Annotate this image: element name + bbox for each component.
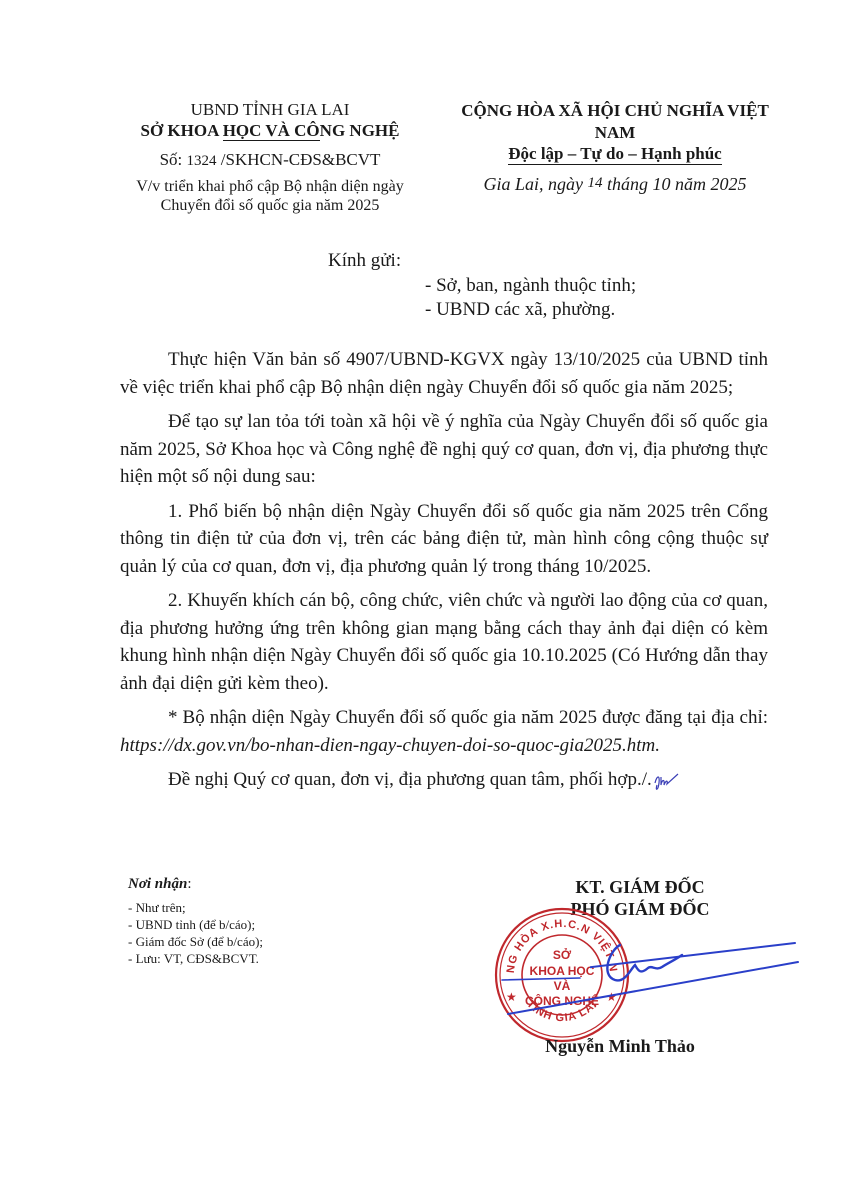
recipient-item: - Sở, ban, ngành thuộc tỉnh; bbox=[425, 274, 636, 298]
closing-paragraph: Đề nghị Quý cơ quan, đơn vị, địa phương … bbox=[120, 766, 768, 794]
identity-kit-link[interactable]: https://dx.gov.vn/bo-nhan-dien-ngay-chuy… bbox=[120, 735, 655, 756]
note-paragraph: * Bộ nhận diện Ngày Chuyển đổi số quốc g… bbox=[120, 704, 768, 759]
body-paragraph: 1. Phổ biến bộ nhận diện Ngày Chuyển đổi… bbox=[120, 498, 768, 581]
place-date: Gia Lai, ngày 14 tháng 10 năm 2025 bbox=[440, 172, 790, 195]
distribution-item: - Lưu: VT, CĐS&BCVT. bbox=[128, 950, 388, 967]
document-number: Số: 1324 /SKHCN-CĐS&BCVT bbox=[100, 150, 440, 171]
distribution-list: Nơi nhận: - Như trên; - UBND tỉnh (để b/… bbox=[128, 876, 388, 967]
recipient-item: - UBND các xã, phường. bbox=[425, 298, 636, 322]
authority-name: UBND TỈNH GIA LAI bbox=[100, 100, 440, 120]
national-motto: Độc lập – Tự do – Hạnh phúc bbox=[440, 144, 790, 164]
signer-name: Nguyễn Minh Thảo bbox=[510, 1036, 730, 1057]
distribution-title: Nơi nhận: bbox=[128, 876, 388, 893]
body-paragraph: Thực hiện Văn bản số 4907/UBND-KGVX ngày… bbox=[120, 346, 768, 401]
distribution-item: - UBND tỉnh (để b/cáo); bbox=[128, 916, 388, 933]
body-paragraph: Để tạo sự lan tỏa tới toàn xã hội về ý n… bbox=[120, 408, 768, 491]
initial-signature-icon bbox=[652, 771, 682, 793]
body-paragraph: 2. Khuyến khích cán bộ, công chức, viên … bbox=[120, 587, 768, 697]
document-body: Thực hiện Văn bản số 4907/UBND-KGVX ngày… bbox=[120, 346, 768, 801]
distribution-item: - Như trên; bbox=[128, 899, 388, 916]
recipients-list: - Sở, ban, ngành thuộc tỉnh; - UBND các … bbox=[425, 274, 636, 322]
recipients-label: Kính gửi: bbox=[328, 250, 401, 272]
document-subject: V/v triển khai phổ cập Bộ nhận diện ngày… bbox=[100, 177, 440, 215]
republic-title: CỘNG HÒA XÃ HỘI CHỦ NGHĨA VIỆT NAM bbox=[440, 100, 790, 144]
department-name: SỞ KHOA HỌC VÀ CÔNG NGHỆ bbox=[100, 120, 440, 142]
national-header-block: CỘNG HÒA XÃ HỘI CHỦ NGHĨA VIỆT NAM Độc l… bbox=[440, 100, 790, 195]
distribution-item: - Giám đốc Sở (để b/cáo); bbox=[128, 933, 388, 950]
issuing-agency-block: UBND TỈNH GIA LAI SỞ KHOA HỌC VÀ CÔNG NG… bbox=[100, 100, 440, 215]
signature-stroke-icon bbox=[500, 940, 800, 1030]
